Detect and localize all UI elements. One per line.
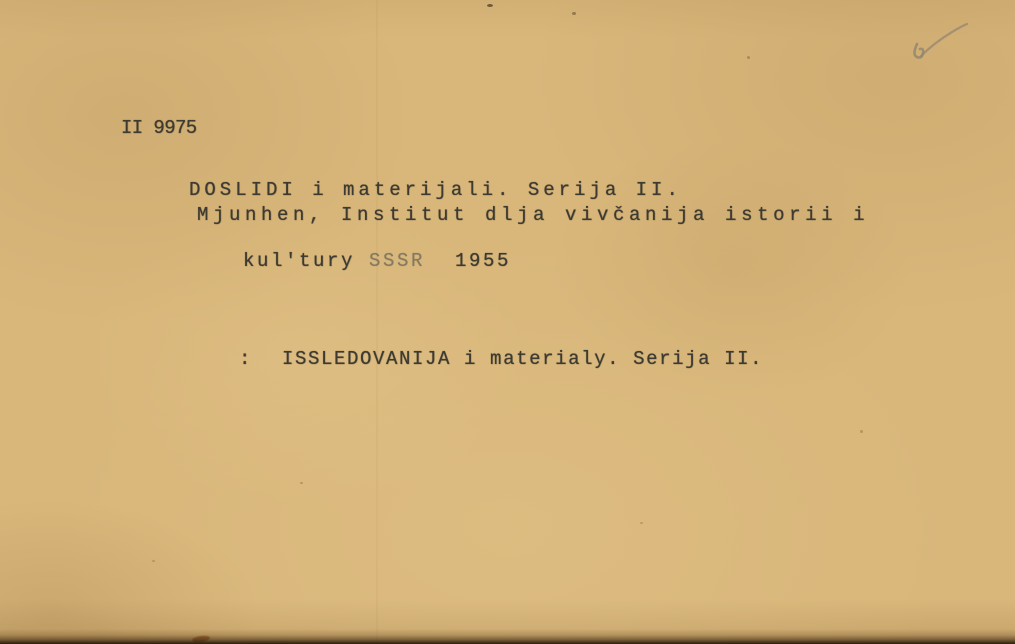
- paper-speck: [152, 560, 155, 562]
- publication-year: 1955: [455, 250, 511, 272]
- title-line-1: DOSLIDI i materijali. Serija II.: [189, 179, 682, 201]
- paper-speck: [860, 430, 863, 433]
- reference-colon: :: [239, 348, 252, 370]
- title-line-2: Mjunhen, Institut dlja vivčanija istorii…: [197, 204, 869, 226]
- bottom-edge-shadow: [0, 629, 1015, 644]
- catalog-card: II 9975 DOSLIDI i materijali. Serija II.…: [0, 0, 1015, 644]
- reference-text: ISSLEDOVANIJA i materialy. Serija II.: [282, 348, 763, 370]
- title-line-3-prefix: kul'tury: [243, 250, 355, 272]
- title-line-3: kul'turySSSR1955: [187, 228, 511, 294]
- paper-speck: [640, 522, 643, 524]
- paper-crease: [376, 0, 378, 644]
- paper-speck: [572, 12, 576, 15]
- cross-reference-line: :ISSLEDOVANIJA i materialy. Serija II.: [187, 326, 763, 392]
- call-number: II 9975: [121, 117, 197, 139]
- paper-speck: [300, 482, 303, 484]
- pencil-checkmark-icon: [900, 16, 984, 68]
- paper-speck: [487, 4, 493, 7]
- paper-speck: [747, 56, 750, 59]
